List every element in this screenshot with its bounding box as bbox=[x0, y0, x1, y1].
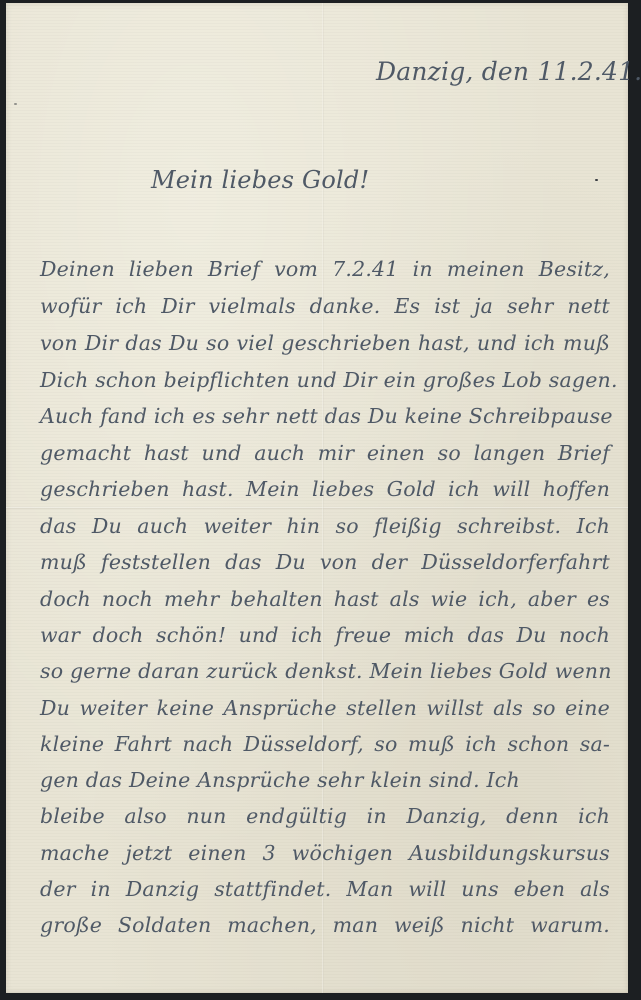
body-line: Dich schon beipflichten und Dir ein groß… bbox=[40, 366, 610, 394]
body-line: Du weiter keine Ansprüche stellen willst… bbox=[40, 694, 610, 722]
body-line: Auch fand ich es sehr nett das Du keine … bbox=[40, 402, 610, 430]
body-line: wofür ich Dir vielmals danke. Es ist ja … bbox=[40, 292, 610, 320]
body-line: muß feststellen das Du von der Düsseldor… bbox=[40, 548, 610, 576]
dateline: Danzig, den 11.2.41. bbox=[376, 57, 641, 86]
body-line: der in Danzig stattfindet. Man will uns … bbox=[40, 875, 610, 903]
body-line: das Du auch weiter hin so fleißig schrei… bbox=[40, 512, 610, 540]
letter-paper: Danzig, den 11.2.41. Mein liebes Gold! D… bbox=[6, 3, 628, 993]
body-line: von Dir das Du so viel geschrieben hast,… bbox=[40, 329, 610, 357]
body-line: Deinen lieben Brief vom 7.2.41 in meinen… bbox=[40, 255, 610, 283]
body-line: große Soldaten machen, man weiß nicht wa… bbox=[40, 911, 610, 939]
body-line: gemacht hast und auch mir einen so lange… bbox=[40, 439, 610, 467]
horizontal-fold-line bbox=[6, 507, 628, 509]
body-line: doch noch mehr behalten hast als wie ich… bbox=[40, 585, 610, 613]
body-line: war doch schön! und ich freue mich das D… bbox=[40, 621, 610, 649]
body-line: gen das Deine Ansprüche sehr klein sind.… bbox=[40, 766, 610, 794]
body-line: geschrieben hast. Mein liebes Gold ich w… bbox=[40, 475, 610, 503]
body-line: bleibe also nun endgültig in Danzig, den… bbox=[40, 802, 610, 830]
body-line: so gerne daran zurück denkst. Mein liebe… bbox=[40, 657, 610, 685]
paper-speck bbox=[595, 179, 598, 181]
body-line: mache jetzt einen 3 wöchigen Ausbildungs… bbox=[40, 839, 610, 867]
paper-speck bbox=[14, 103, 17, 105]
body-line: kleine Fahrt nach Düsseldorf, so muß ich… bbox=[40, 730, 610, 758]
salutation: Mein liebes Gold! bbox=[151, 166, 369, 194]
